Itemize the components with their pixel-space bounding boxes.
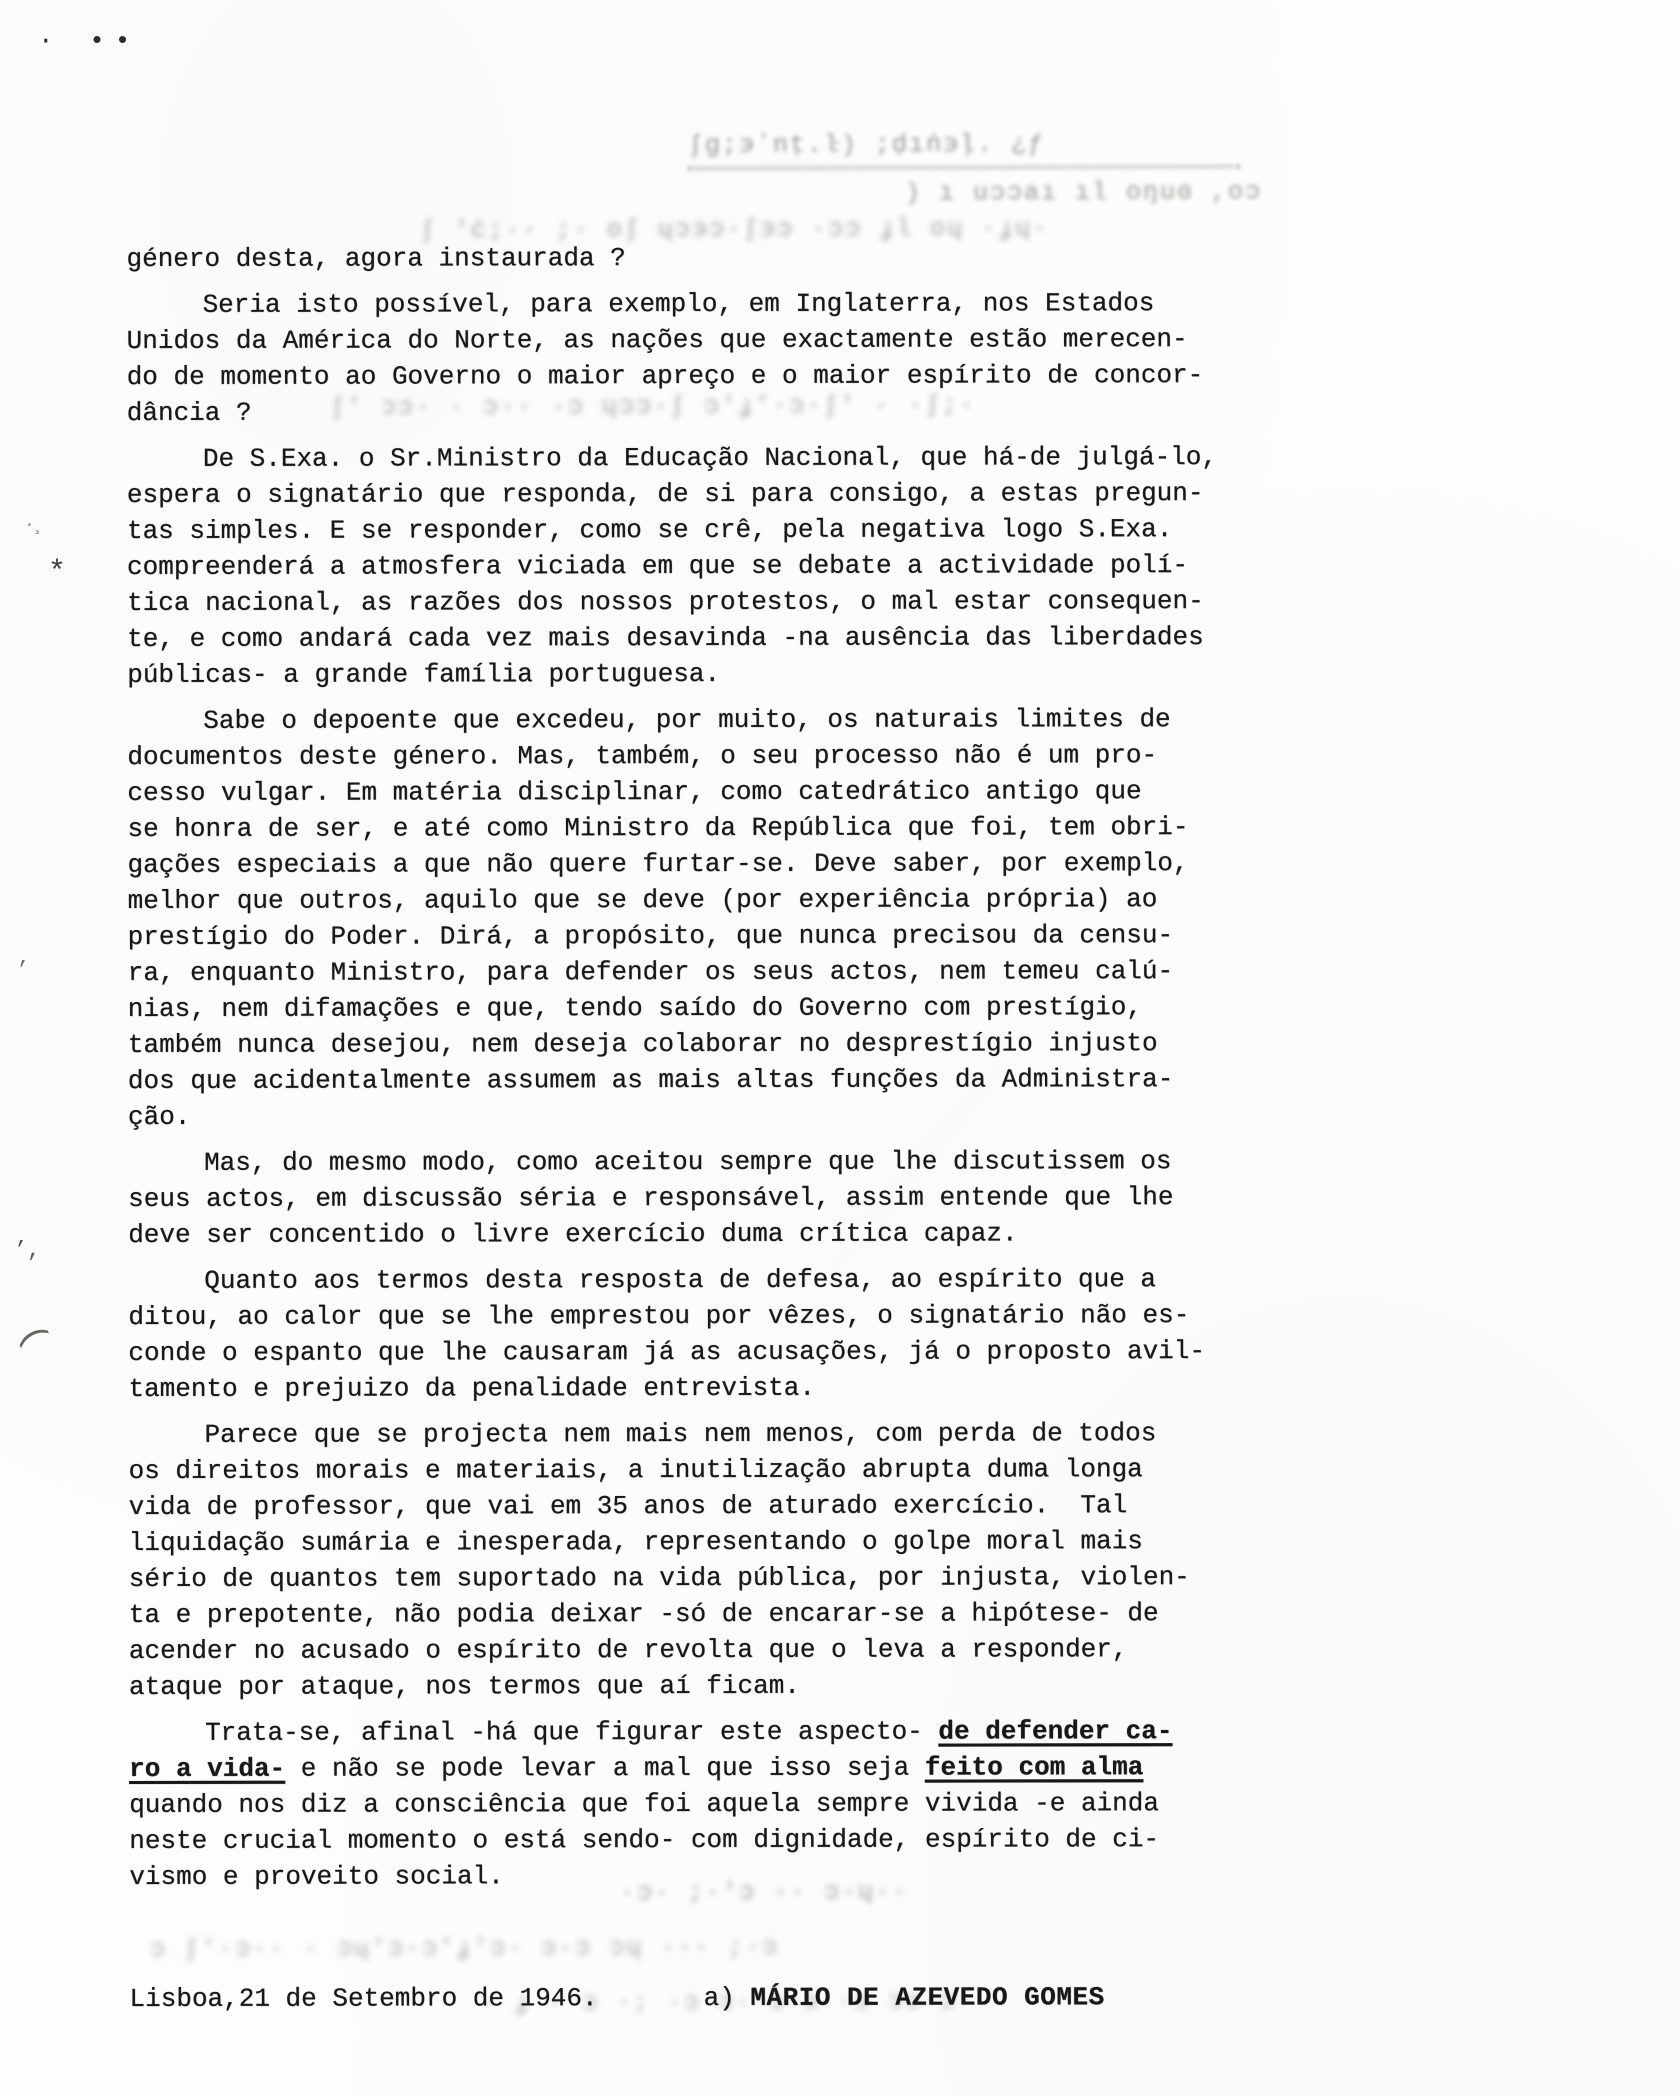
text-line: ção. xyxy=(128,1097,1254,1135)
text-line: se honra de ser, e até como Ministro da … xyxy=(127,809,1253,847)
text-segment: cesso vulgar. Em matéria disciplinar, co… xyxy=(127,776,1141,808)
text-segment: Sabe o depoente que excedeu, por muito, … xyxy=(203,704,1170,736)
text-segment: ditou, ao calor que se lhe emprestou por… xyxy=(128,1300,1189,1332)
text-line: vismo e proveito social. xyxy=(129,1857,1255,1895)
text-segment: ção. xyxy=(128,1102,190,1132)
text-line: os direitos morais e materiais, a inutil… xyxy=(129,1451,1255,1489)
text-line: Sabe o depoente que excedeu, por muito, … xyxy=(127,701,1253,739)
text-segment: neste crucial momento o está sendo- com … xyxy=(129,1824,1159,1856)
text-segment: gações especiais a que não quere furtar-… xyxy=(128,848,1189,880)
text-segment: Seria isto possível, para exemplo, em In… xyxy=(203,288,1155,320)
text-segment: conde o espanto que lhe causaram já as a… xyxy=(128,1336,1205,1368)
text-line: ataque por ataque, nos termos que aí fic… xyxy=(129,1667,1255,1705)
margin-speck-mark: ’, xyxy=(14,1238,40,1263)
text-segment: do de momento ao Governo o maior apreço … xyxy=(127,360,1204,392)
text-line: espera o signatário que responda, de si … xyxy=(127,475,1253,513)
text-line: melhor que outros, aquilo que se deve (p… xyxy=(128,881,1254,919)
text-segment: prestígio do Poder. Dirá, a propósito, q… xyxy=(128,920,1173,952)
paragraph: Trata-se, afinal -há que figurar este as… xyxy=(129,1713,1255,1895)
text-segment: tas simples. E se responder, como se crê… xyxy=(127,514,1172,546)
underlined-text: de defender ca- xyxy=(938,1716,1172,1746)
text-segment: te, e como andará cada vez mais desavind… xyxy=(127,622,1204,654)
text-line: tamento e prejuizo da penalidade entrevi… xyxy=(128,1369,1254,1407)
text-line: acender no acusado o espírito de revolta… xyxy=(129,1631,1255,1669)
margin-asterisk-mark: * xyxy=(48,556,66,590)
text-line: ra, enquanto Ministro, para defender os … xyxy=(128,953,1254,991)
text-line: liquidação sumária e inesperada, represe… xyxy=(129,1523,1255,1561)
text-line: ditou, ao calor que se lhe emprestou por… xyxy=(128,1297,1254,1335)
text-line: Unidos da América do Norte, as nações qu… xyxy=(127,321,1253,359)
text-line: género desta, agora instaurada ? xyxy=(126,239,1252,277)
text-segment: Trata-se, afinal -há que figurar este as… xyxy=(205,1717,938,1748)
text-line: sério de quantos tem suportado na vida p… xyxy=(129,1559,1255,1597)
text-segment: quando nos diz a consciência que foi aqu… xyxy=(129,1788,1159,1820)
text-line: dância ? xyxy=(127,393,1253,431)
text-segment: vismo e proveito social. xyxy=(129,1861,504,1892)
text-segment: deve ser concentido o livre exercício du… xyxy=(128,1218,1017,1250)
text-segment: Unidos da América do Norte, as nações qu… xyxy=(127,324,1188,356)
margin-speck-mark: ’ xyxy=(16,958,29,983)
text-segment: também nunca desejou, nem deseja colabor… xyxy=(128,1028,1158,1060)
text-line: Mas, do mesmo modo, como aceitou sempre … xyxy=(128,1143,1254,1181)
text-line: públicas- a grande família portuguesa. xyxy=(127,655,1253,693)
text-line: Parece que se projecta nem mais nem meno… xyxy=(129,1415,1255,1453)
underlined-text: feito com alma xyxy=(925,1752,1143,1782)
text-line: dos que acidentalmente assumem as mais a… xyxy=(128,1061,1254,1099)
text-line: quando nos diz a consciência que foi aqu… xyxy=(129,1785,1255,1823)
typed-text-block: género desta, agora instaurada ?Seria is… xyxy=(126,167,1255,2089)
paragraph: Seria isto possível, para exemplo, em In… xyxy=(127,285,1253,431)
text-segment: se honra de ser, e até como Ministro da … xyxy=(127,812,1188,844)
text-segment: De S.Exa. o Sr.Ministro da Educação Naci… xyxy=(203,442,1217,474)
paragraph: De S.Exa. o Sr.Ministro da Educação Naci… xyxy=(127,439,1253,693)
paragraph: Parece que se projecta nem mais nem meno… xyxy=(129,1415,1256,1705)
place-date: Lisboa,21 de Setembro de 1946. xyxy=(129,1983,597,2014)
text-segment: públicas- a grande família portuguesa. xyxy=(127,659,720,690)
bleed-through-header: ʃg;϶ʼnṭ.ŀ) ;ḍıṅ϶ļ. ¿ƒ xyxy=(688,129,1240,170)
document-body: género desta, agora instaurada ?Seria is… xyxy=(126,239,1255,1895)
margin-pen-stroke-mark: ( xyxy=(11,1319,54,1355)
paragraph: género desta, agora instaurada ? xyxy=(126,239,1252,277)
text-segment: Quanto aos termos desta resposta de defe… xyxy=(204,1264,1156,1296)
text-segment: tica nacional, as razões dos nossos prot… xyxy=(127,586,1204,618)
text-segment: acender no acusado o espírito de revolta… xyxy=(129,1634,1128,1666)
paragraph: Mas, do mesmo modo, como aceitou sempre … xyxy=(128,1143,1254,1253)
text-segment: os direitos morais e materiais, a inutil… xyxy=(129,1454,1143,1486)
text-line: tica nacional, as razões dos nossos prot… xyxy=(127,583,1253,621)
text-line: também nunca desejou, nem deseja colabor… xyxy=(128,1025,1254,1063)
text-line: ro a vida- e não se pode levar a mal que… xyxy=(129,1749,1255,1787)
paragraph: Quanto aos termos desta resposta de defe… xyxy=(128,1261,1254,1407)
closing-line: Lisboa,21 de Setembro de 1946.a) MÁRIO D… xyxy=(129,1979,1255,2017)
signature-name: MÁRIO DE AZEVEDO GOMES xyxy=(750,1982,1104,2013)
text-segment: e não se pode levar a mal que isso seja xyxy=(285,1753,925,1784)
text-line: compreenderá a atmosfera viciada em que … xyxy=(127,547,1253,585)
text-segment: género desta, agora instaurada ? xyxy=(126,243,625,274)
text-line: conde o espanto que lhe causaram já as a… xyxy=(128,1333,1254,1371)
text-line: deve ser concentido o livre exercício du… xyxy=(128,1215,1254,1253)
text-line: seus actos, em discussão séria e respons… xyxy=(128,1179,1254,1217)
text-line: Quanto aos termos desta resposta de defe… xyxy=(128,1261,1254,1299)
text-segment: Parece que se projecta nem mais nem meno… xyxy=(205,1418,1157,1450)
text-line: do de momento ao Governo o maior apreço … xyxy=(127,357,1253,395)
text-line: cesso vulgar. Em matéria disciplinar, co… xyxy=(127,773,1253,811)
margin-speck-mark: ·¸ xyxy=(24,516,46,536)
underlined-text: ro a vida- xyxy=(129,1754,285,1784)
text-line: Seria isto possível, para exemplo, em In… xyxy=(127,285,1253,323)
text-segment: liquidação sumária e inesperada, represe… xyxy=(129,1526,1143,1558)
paragraph: Sabe o depoente que excedeu, por muito, … xyxy=(127,701,1254,1135)
text-line: neste crucial momento o está sendo- com … xyxy=(129,1821,1255,1859)
text-segment: espera o signatário que responda, de si … xyxy=(127,478,1204,510)
text-line: gações especiais a que não quere furtar-… xyxy=(128,845,1254,883)
text-segment: melhor que outros, aquilo que se deve (p… xyxy=(128,884,1158,916)
margin-dots-mark: · •• xyxy=(38,26,140,56)
signature-prefix: a) xyxy=(704,1983,735,2013)
text-line: documentos deste género. Mas, também, o … xyxy=(127,737,1253,775)
text-segment: vida de professor, que vai em 35 anos de… xyxy=(129,1490,1128,1522)
text-segment: dos que acidentalmente assumem as mais a… xyxy=(128,1064,1173,1096)
text-segment: seus actos, em discussão séria e respons… xyxy=(128,1182,1173,1214)
text-segment: compreenderá a atmosfera viciada em que … xyxy=(127,550,1188,582)
text-line: vida de professor, que vai em 35 anos de… xyxy=(129,1487,1255,1525)
text-line: te, e como andará cada vez mais desavind… xyxy=(127,619,1253,657)
text-line: nias, nem difamações e que, tendo saído … xyxy=(128,989,1254,1027)
text-segment: ta e prepotente, não podia deixar -só de… xyxy=(129,1598,1159,1630)
text-line: De S.Exa. o Sr.Ministro da Educação Naci… xyxy=(127,439,1253,477)
text-segment: tamento e prejuizo da penalidade entrevi… xyxy=(128,1373,815,1404)
text-line: Trata-se, afinal -há que figurar este as… xyxy=(129,1713,1255,1751)
text-segment: dância ? xyxy=(127,398,252,428)
text-line: tas simples. E se responder, como se crê… xyxy=(127,511,1253,549)
scanned-document-page: ʃg;϶ʼnṭ.ŀ) ;ḍıṅ϶ļ. ¿ƒ ) ı uɔɔaı ıl oŋuɞ … xyxy=(0,0,1680,2096)
text-segment: ataque por ataque, nos termos que aí fic… xyxy=(129,1671,800,1702)
text-line: ta e prepotente, não podia deixar -só de… xyxy=(129,1595,1255,1633)
text-segment: ra, enquanto Ministro, para defender os … xyxy=(128,956,1173,988)
text-segment: Mas, do mesmo modo, como aceitou sempre … xyxy=(204,1146,1171,1178)
text-line: prestígio do Poder. Dirá, a propósito, q… xyxy=(128,917,1254,955)
text-segment: nias, nem difamações e que, tendo saído … xyxy=(128,992,1142,1024)
text-segment: sério de quantos tem suportado na vida p… xyxy=(129,1562,1190,1594)
text-segment: documentos deste género. Mas, também, o … xyxy=(127,740,1157,772)
